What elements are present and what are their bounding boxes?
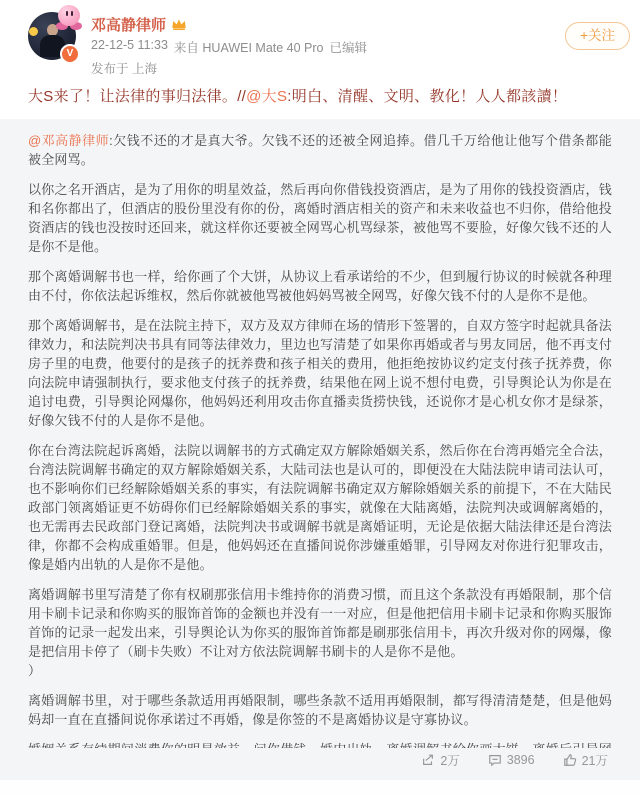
quoted-paragraph: 以你之名开酒店，是为了用你的明星效益，然后再向你借钱投资酒店，是为了用你的钱投资… [28,180,612,256]
username[interactable]: 邓高静律师 [91,14,166,35]
quoted-paragraph: 离婚调解书里写清楚了你有权刷那张信用卡维持你的消费习惯，而且这个条款没有再婚限制… [28,585,612,680]
header-info: 邓高静律师 22-12-5 11:33 来自 HUAWEI Mate 40 Pr… [91,12,367,77]
repost-count: 2万 [440,751,459,769]
quoted-paragraph: 离婚调解书里，对于哪些条款适用再婚限制，哪些条款不适用再婚限制，都写得清清楚楚，… [28,691,612,729]
like-count: 21万 [582,751,608,769]
follow-button[interactable]: +关注 [565,22,630,50]
comment-text-prefix: 大S来了！让法律的事归法律。// [28,88,246,105]
quoted-paragraph: 那个离婚调解书，是在法院主持下，双方及双方律师在场的情形下签署的，自双方签字时起… [28,316,612,430]
mention-original-author[interactable]: @邓高静律师 [28,133,109,148]
mention-da-s[interactable]: @大S [246,88,287,105]
like-action[interactable]: 21万 [563,751,608,769]
star-decoration-icon [29,27,38,36]
quoted-post: @邓高静律师:欠钱不还的才是真大爷。欠钱不还的还被全网追捧。借几千万给他让他写个… [0,119,640,780]
quoted-paragraph: 婚姻关系存续期间消费你的明星效益，问你借钱，婚内出轨，离婚调解书给你画大饼，离婚… [28,740,612,748]
weibo-post-card: V 邓高静律师 22-12-5 11:33 来自 HUAWEI Mate 40 … [0,0,640,797]
avatar[interactable]: V [28,12,78,62]
quoted-paragraph: 那个离婚调解书也一样，给你画了个大饼，从协议上看承诺给的不少，但到履行协议的时候… [28,267,612,305]
post-meta: 22-12-5 11:33 来自 HUAWEI Mate 40 Pro 已编辑 [91,38,367,56]
comment-action[interactable]: 3896 [488,753,535,767]
comment-icon [488,753,502,767]
quoted-paragraph: 你在台湾法院起诉离婚，法院以调解书的方式确定双方解除婚姻关系，然后你在台湾再婚完… [28,441,612,574]
quoted-post-text: @邓高静律师:欠钱不还的才是真大爷。欠钱不还的还被全网追捧。借几千万给他让他写个… [28,131,612,748]
edited-label: 已编辑 [330,38,368,56]
kirby-sticker-icon [56,5,82,30]
action-bar: 2万 3896 21万 [28,748,612,772]
bottom-spacer [0,780,640,797]
vip-crown-icon [171,17,187,31]
repost-action[interactable]: 2万 [421,751,459,769]
quoted-paragraph-text: :欠钱不还的才是真大爷。欠钱不还的还被全网追捧。借几千万给他让他写个借条都能被全… [28,133,612,167]
verified-badge-icon: V [60,44,80,64]
repost-icon [421,753,435,767]
publish-location: 发布于 上海 [91,59,367,77]
comment-text-suffix: :明白、清醒、文明、教化！人人都該讀！ [287,88,567,105]
thumbs-up-icon [563,753,577,767]
post-header: V 邓高静律师 22-12-5 11:33 来自 HUAWEI Mate 40 … [0,0,640,77]
quoted-paragraph: @邓高静律师:欠钱不还的才是真大爷。欠钱不还的还被全网追捧。借几千万给他让他写个… [28,131,612,169]
comment-count: 3896 [507,753,535,767]
timestamp: 22-12-5 11:33 [91,38,168,56]
device-source[interactable]: 来自 HUAWEI Mate 40 Pro [174,38,324,56]
repost-comment: 大S来了！让法律的事归法律。//@大S:明白、清醒、文明、教化！人人都該讀！ [0,77,640,119]
